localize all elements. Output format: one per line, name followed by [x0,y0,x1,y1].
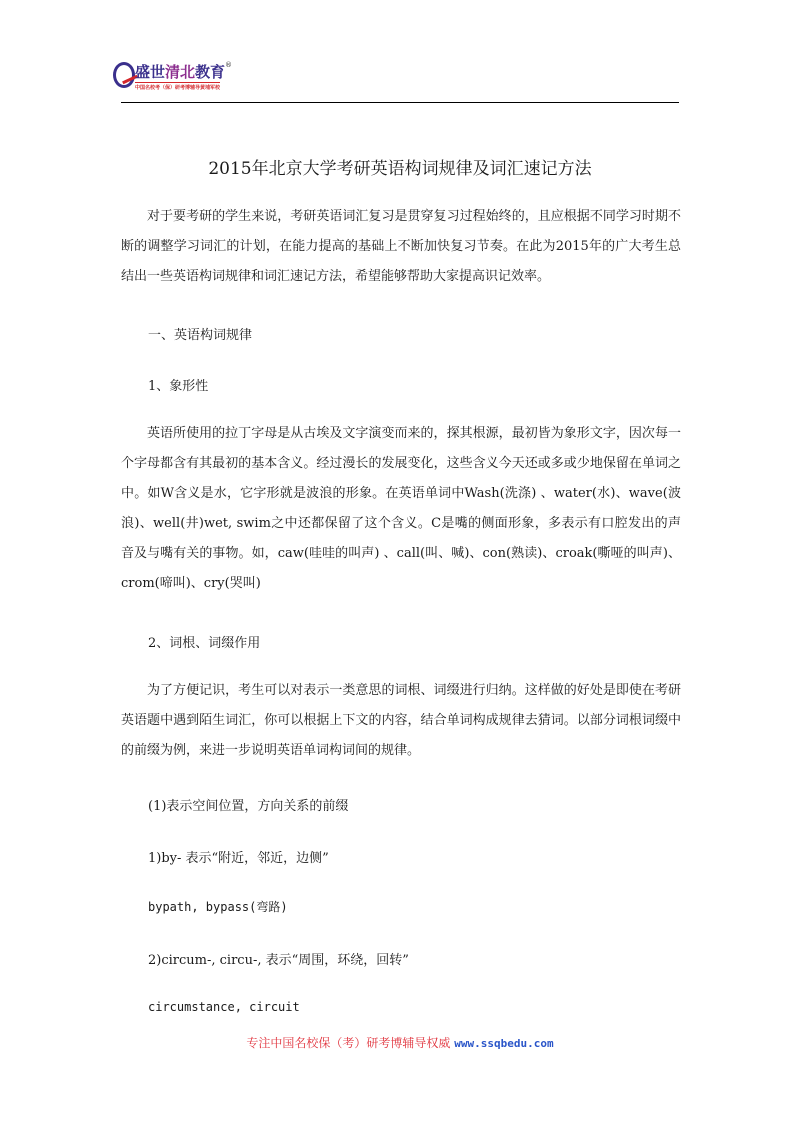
prefix-group-heading: (1)表示空间位置，方向关系的前缀 [148,795,348,814]
logo-q-icon [113,62,135,88]
subsection-heading-pictographic: 1、象形性 [148,375,208,394]
logo-wordmark: 盛世清北教育® [135,61,232,82]
header-divider [121,102,679,103]
intro-paragraph: 对于要考研的学生来说，考研英语词汇复习是贯穿复习过程始终的，且应根据不同学习时期… [121,202,681,292]
affixes-paragraph: 为了方便记识，考生可以对表示一类意思的词根、词缀进行归纳。这样做的好处是即使在考… [121,676,681,766]
footer-slogan: 专注中国名校保（考）研考博辅导权威 [246,1036,450,1050]
footer-website-link[interactable]: www.ssqbedu.com [454,1037,553,1050]
subsection-heading-affixes: 2、词根、词缀作用 [148,632,260,651]
prefix-circum-examples: circumstance, circuit [148,1000,300,1014]
prefix-by-examples: bypath, bypass(弯路) [148,898,288,915]
prefix-by-heading: 1)by- 表示“附近，邻近，边侧” [148,847,329,866]
pictographic-paragraph: 英语所使用的拉丁字母是从古埃及文字演变而来的，探其根源，最初皆为象形文字，因次每… [121,419,681,599]
registered-mark: ® [225,61,232,69]
prefix-circum-heading: 2)circum-, circu-, 表示“周围，环绕，回转” [148,949,409,968]
document-title: 2015年北京大学考研英语构词规律及词汇速记方法 [0,154,800,179]
brand-logo: 盛世清北教育® 中国名校考（保）研考博辅导黄埔军校 [113,58,253,98]
section-heading: 一、英语构词规律 [148,324,252,343]
document-page: 盛世清北教育® 中国名校考（保）研考博辅导黄埔军校 2015年北京大学考研英语构… [0,0,800,1131]
page-footer: 专注中国名校保（考）研考博辅导权威 www.ssqbedu.com [0,1034,800,1051]
logo-tagline: 中国名校考（保）研考博辅导黄埔军校 [135,82,220,91]
